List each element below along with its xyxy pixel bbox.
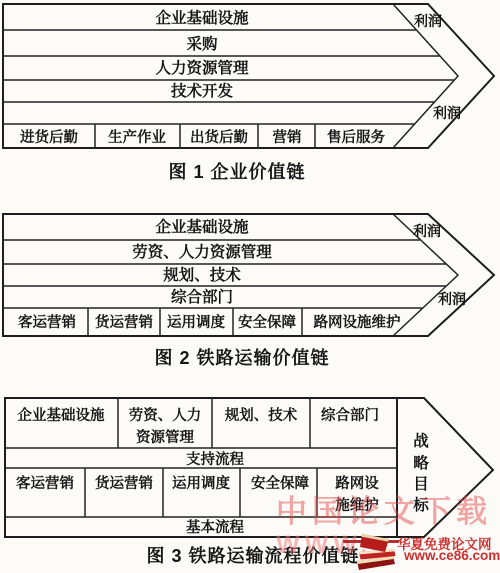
fig3-strategic-goal-char: 战 [413,432,429,450]
fig3-strategic-goal-char: 略 [413,453,429,472]
fig2-caption: 图 2 铁路运输价值链 [154,347,329,368]
fig2-profit-label-top: 利润 [413,223,441,239]
fig2-primary-cell-label: 客运营销 [18,313,76,331]
fig2-primary-cell-label: 运用调度 [167,313,225,331]
fig2-support-row-label: 劳资、人力资源管理 [132,242,272,261]
fig3-support-cell-label: 企业基础设施 [18,406,105,424]
stacked-books-icon [353,530,399,572]
watermark-site-url: www.ce86.com [404,548,500,563]
fig3-support-cell-label: 规划、技术 [225,407,298,424]
fig3-base-band-label: 基本流程 [186,518,244,536]
fig3-support-band-label: 支持流程 [186,450,244,468]
fig2-support-row-label: 综合部门 [171,287,233,306]
fig2-support-row-label: 规划、技术 [162,266,241,284]
fig1-support-row-label: 人力资源管理 [155,58,249,77]
fig3-primary-cell-label: 客运营销 [16,474,74,492]
fig3-primary-cell-label: 运用调度 [172,474,230,492]
watermark-big-text: 中国论文下载 [276,486,492,531]
fig1-support-row-label: 技术开发 [170,81,234,100]
fig2-support-row-label: 企业基础设施 [155,217,249,236]
scanned-document-page: 企业基础设施 采购 人力资源管理 技术开发 进货后勤 生产作业 出货后勤 营销 … [0,0,500,573]
fig1-primary-cell-label: 进货后勤 [20,128,78,146]
figure2-railway-value-chain: 企业基础设施 劳资、人力资源管理 规划、技术 综合部门 客运营销 货运营销 运用… [0,212,500,372]
fig3-support-cell-label: 劳资、人力 [129,406,202,424]
fig2-profit-label-bottom: 利润 [438,291,466,307]
fig1-primary-cell-label: 营销 [273,128,302,146]
fig1-support-row-label: 企业基础设施 [155,8,249,27]
fig3-support-cell-label: 资源管理 [136,428,194,446]
fig2-primary-cell-label: 安全保障 [238,313,296,331]
fig3-support-cell-label: 综合部门 [321,406,379,424]
fig2-primary-cell-label: 路网设施维护 [314,313,401,331]
fig1-profit-label-top: 利润 [414,13,442,29]
fig1-primary-cell-label: 出货后勤 [190,128,248,146]
fig1-primary-cell-label: 生产作业 [108,128,166,146]
fig1-profit-label-bottom: 利润 [433,105,461,121]
fig1-primary-cell-label: 售后服务 [327,128,385,146]
figure1-enterprise-value-chain: 企业基础设施 采购 人力资源管理 技术开发 进货后勤 生产作业 出货后勤 营销 … [0,0,500,190]
fig1-support-row-label: 采购 [186,34,218,53]
fig1-caption: 图 1 企业价值链 [168,161,305,182]
fig2-primary-cell-label: 货运营销 [95,313,153,331]
fig3-primary-cell-label: 货运营销 [95,474,153,492]
